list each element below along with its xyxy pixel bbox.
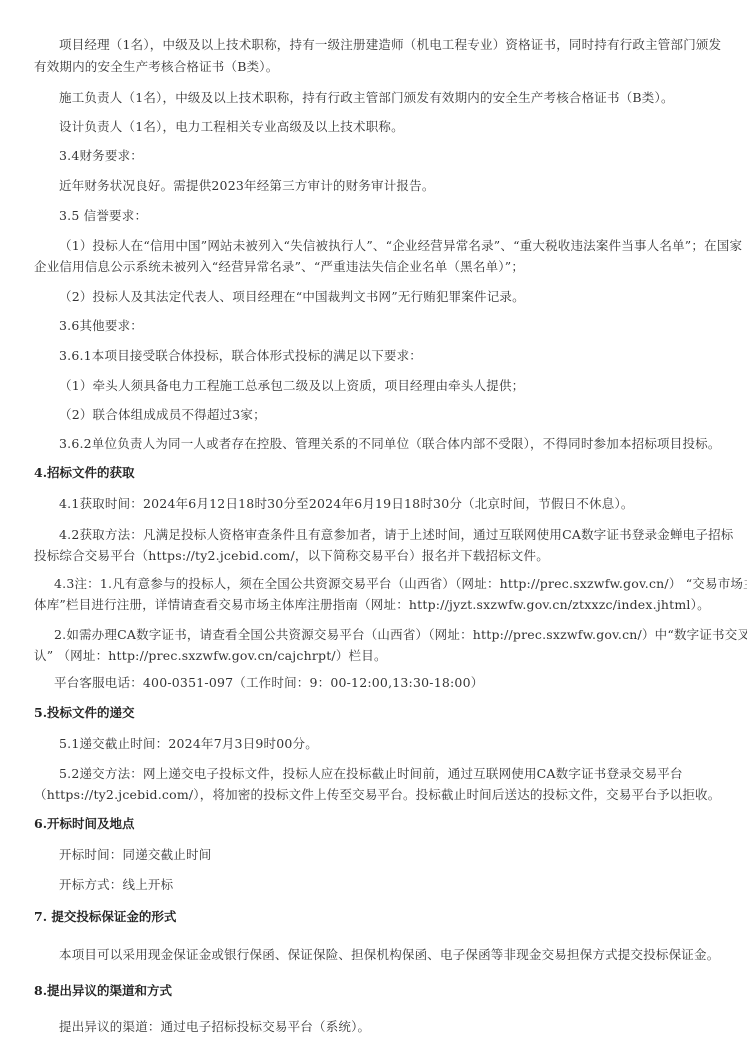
section5-heading: 5.投标文件的递交 [34,703,135,723]
ca-certificate-note-line1: 2.如需办理CA数字证书，请查看全国公共资源交易平台（山西省）（网址：http:… [54,624,747,645]
unit-leader-rule: 3.6.2单位负责人为同一人或者存在控股、管理关系的不同单位（联合体内部不受限）… [59,433,721,454]
acquisition-method-line1: 4.2获取方法：凡满足投标人资格审查条件且有意参加者，请于上述时间，通过互联网使… [59,524,733,545]
financial-requirement-body: 近年财务状况良好。需提供2023年经第三方审计的财务审计报告。 [59,175,435,196]
opening-time: 开标时间：同递交截止时间 [59,844,211,865]
other-requirements-title: 3.6其他要求： [59,315,143,336]
credit-requirement-title: 3.5 信誉要求： [59,205,147,226]
project-manager-requirement-line2: 有效期内的安全生产考核合格证书（B类）。 [34,56,278,77]
design-lead-requirement: 设计负责人（1名），电力工程相关专业高级及以上技术职称。 [59,116,404,137]
ca-certificate-note-line2: 认” （网址：http://prec.sxzwfw.gov.cn/cajchrp… [34,645,387,666]
credit-requirement-item1-line1: （1）投标人在“信用中国”网站未被列入“失信被执行人”、“企业经营异常名录”、“… [59,235,742,256]
financial-requirement-title: 3.4财务要求： [59,145,143,166]
submission-deadline: 5.1递交截止时间：2024年7月3日9时00分。 [59,733,318,754]
bid-bond-forms: 本项目可以采用现金保证金或银行保函、保证保险、担保机构保函、电子保函等非现金交易… [59,944,719,965]
section8-heading: 8.提出异议的渠道和方式 [34,981,172,1001]
credit-requirement-item2: （2）投标人及其法定代表人、项目经理在“中国裁判文书网”无行贿犯罪案件记录。 [59,286,525,307]
consortium-rule-item1: （1）牵头人须具备电力工程施工总承包二级及以上资质，项目经理由牵头人提供； [59,375,524,396]
platform-hotline: 平台客服电话：400-0351-097（工作时间：9：00-12:00,13:3… [54,672,483,693]
acquisition-method-line2: 投标综合交易平台（https://ty2.jcebid.com/，以下简称交易平… [34,545,549,566]
section4-heading: 4.招标文件的获取 [34,463,135,483]
acquisition-time: 4.1获取时间：2024年6月12日18时30分至2024年6月19日18时30… [59,493,634,514]
section7-heading: 7. 提交投标保证金的形式 [34,907,176,927]
project-manager-requirement-line1: 项目经理（1名），中级及以上技术职称，持有一级注册建造师（机电工程专业）资格证书… [59,34,721,55]
opening-method: 开标方式：线上开标 [59,874,173,895]
consortium-rule: 3.6.1本项目接受联合体投标，联合体形式投标的满足以下要求： [59,345,422,366]
credit-requirement-item1-line2: 企业信用信息公示系统未被列入“经营异常名录”、“严重违法失信企业名单（黑名单）”… [34,256,524,277]
consortium-rule-item2: （2）联合体组成成员不得超过3家； [59,404,266,425]
objection-channel: 提出异议的渠道：通过电子招标投标交易平台（系统）。 [59,1016,370,1037]
construction-lead-requirement: 施工负责人（1名），中级及以上技术职称，持有行政主管部门颁发有效期内的安全生产考… [59,87,674,108]
section6-heading: 6.开标时间及地点 [34,814,135,834]
registration-note-line2: 体库”栏目进行注册，详情请查看交易市场主体库注册指南（网址：http://jyz… [34,594,710,615]
submission-method-line2: （https://ty2.jcebid.com/），将加密的投标文件上传至交易平… [34,784,720,805]
submission-method-line1: 5.2递交方法：网上递交电子投标文件，投标人应在投标截止时间前，通过互联网使用C… [59,763,683,784]
registration-note-line1: 4.3注：1.凡有意参与的投标人，须在全国公共资源交易平台（山西省）（网址：ht… [54,573,747,594]
